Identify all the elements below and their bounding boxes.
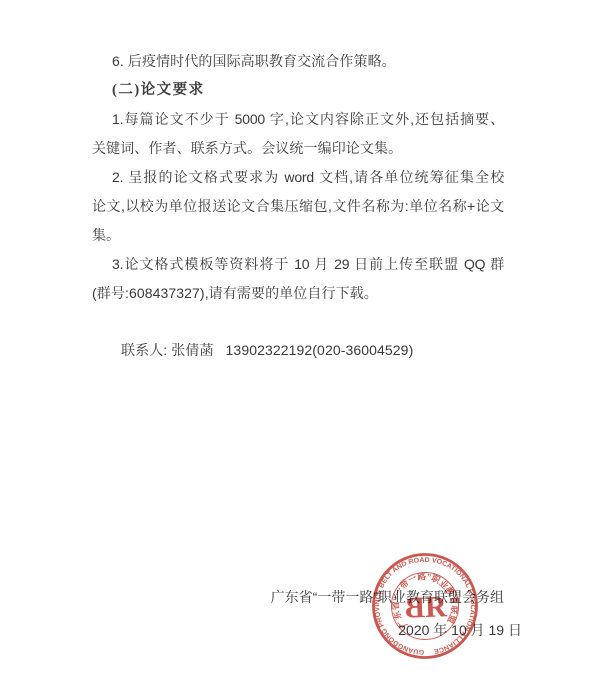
section-heading: (二)论文要求 xyxy=(92,76,504,105)
body-line: 3.论文格式模板等资料将于 10 月 29 日前上传至联盟 QQ 群 xyxy=(92,250,504,279)
seal-monogram: B R xyxy=(404,590,447,624)
contact-line: 联系人: 张倩菡 13902322192(020-36004529) xyxy=(92,336,504,365)
body-line: 集。 xyxy=(92,221,504,250)
body-line: (群号:608437327),请有需要的单位自行下载。 xyxy=(92,279,504,308)
seal-monogram-right-glyph: R xyxy=(424,590,447,624)
body-line: 关键词、作者、联系方式。会议统一编印论文集。 xyxy=(92,134,504,163)
seal-monogram-left-glyph: B xyxy=(404,591,425,625)
official-seal: GUANGDONG PROVINCE BELT AND ROAD VOCATIO… xyxy=(365,546,485,666)
body-line: 论文,以校为单位报送论文合集压缩包,文件名称为:单位名称+论文 xyxy=(92,192,504,221)
body-line: 2. 呈报的论文格式要求为 word 文档,请各单位统筹征集全校 xyxy=(92,163,504,192)
body-line: 1.每篇论文不少于 5000 字,论文内容除正文外,还包括摘要、 xyxy=(92,105,504,134)
body-line: 6. 后疫情时代的国际高职教育交流合作策略。 xyxy=(92,47,504,76)
document-page: 6. 后疫情时代的国际高职教育交流合作策略。 (二)论文要求 1.每篇论文不少于… xyxy=(0,0,593,676)
